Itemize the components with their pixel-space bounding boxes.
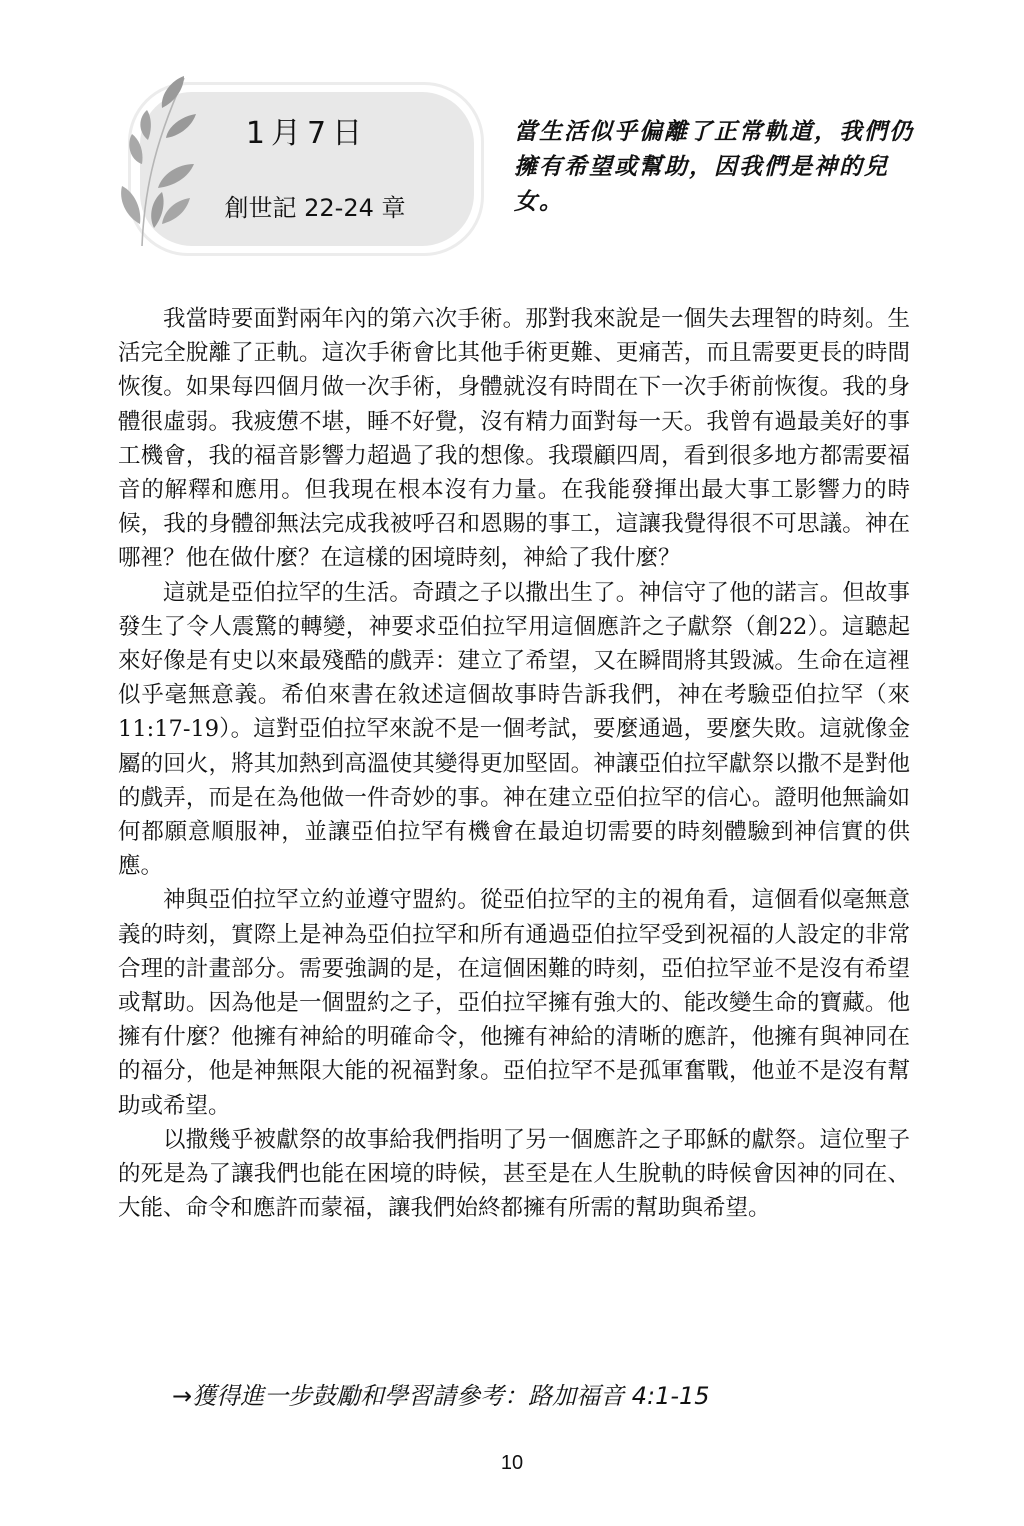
devotional-body: 我當時要面對兩年內的第六次手術。那對我來說是一個失去理智的時刻。生活完全脫離了正… <box>118 302 910 1225</box>
scripture-reading: 創世記 22-24 章 <box>175 188 455 223</box>
paragraph: 神與亞伯拉罕立約並遵守盟約。從亞伯拉罕的主的視角看，這個看似毫無意義的時刻，實際… <box>118 883 910 1122</box>
date-title: 1月7日 <box>140 108 474 152</box>
paragraph: 這就是亞伯拉罕的生活。奇蹟之子以撒出生了。神信守了他的諾言。但故事發生了令人震驚… <box>118 576 910 884</box>
page-number: 10 <box>0 1452 1024 1475</box>
further-reading-reference: →獲得進一步鼓勵和學習請參考：路加福音 4:1-15 <box>172 1376 710 1411</box>
paragraph: 我當時要面對兩年內的第六次手術。那對我來說是一個失去理智的時刻。生活完全脫離了正… <box>118 302 910 576</box>
paragraph: 以撒幾乎被獻祭的故事給我們指明了另一個應許之子耶穌的獻祭。這位聖子的死是為了讓我… <box>118 1123 910 1226</box>
key-quote: 當生活似乎偏離了正常軌道，我們仍擁有希望或幫助，因我們是神的兒女。 <box>514 114 919 219</box>
